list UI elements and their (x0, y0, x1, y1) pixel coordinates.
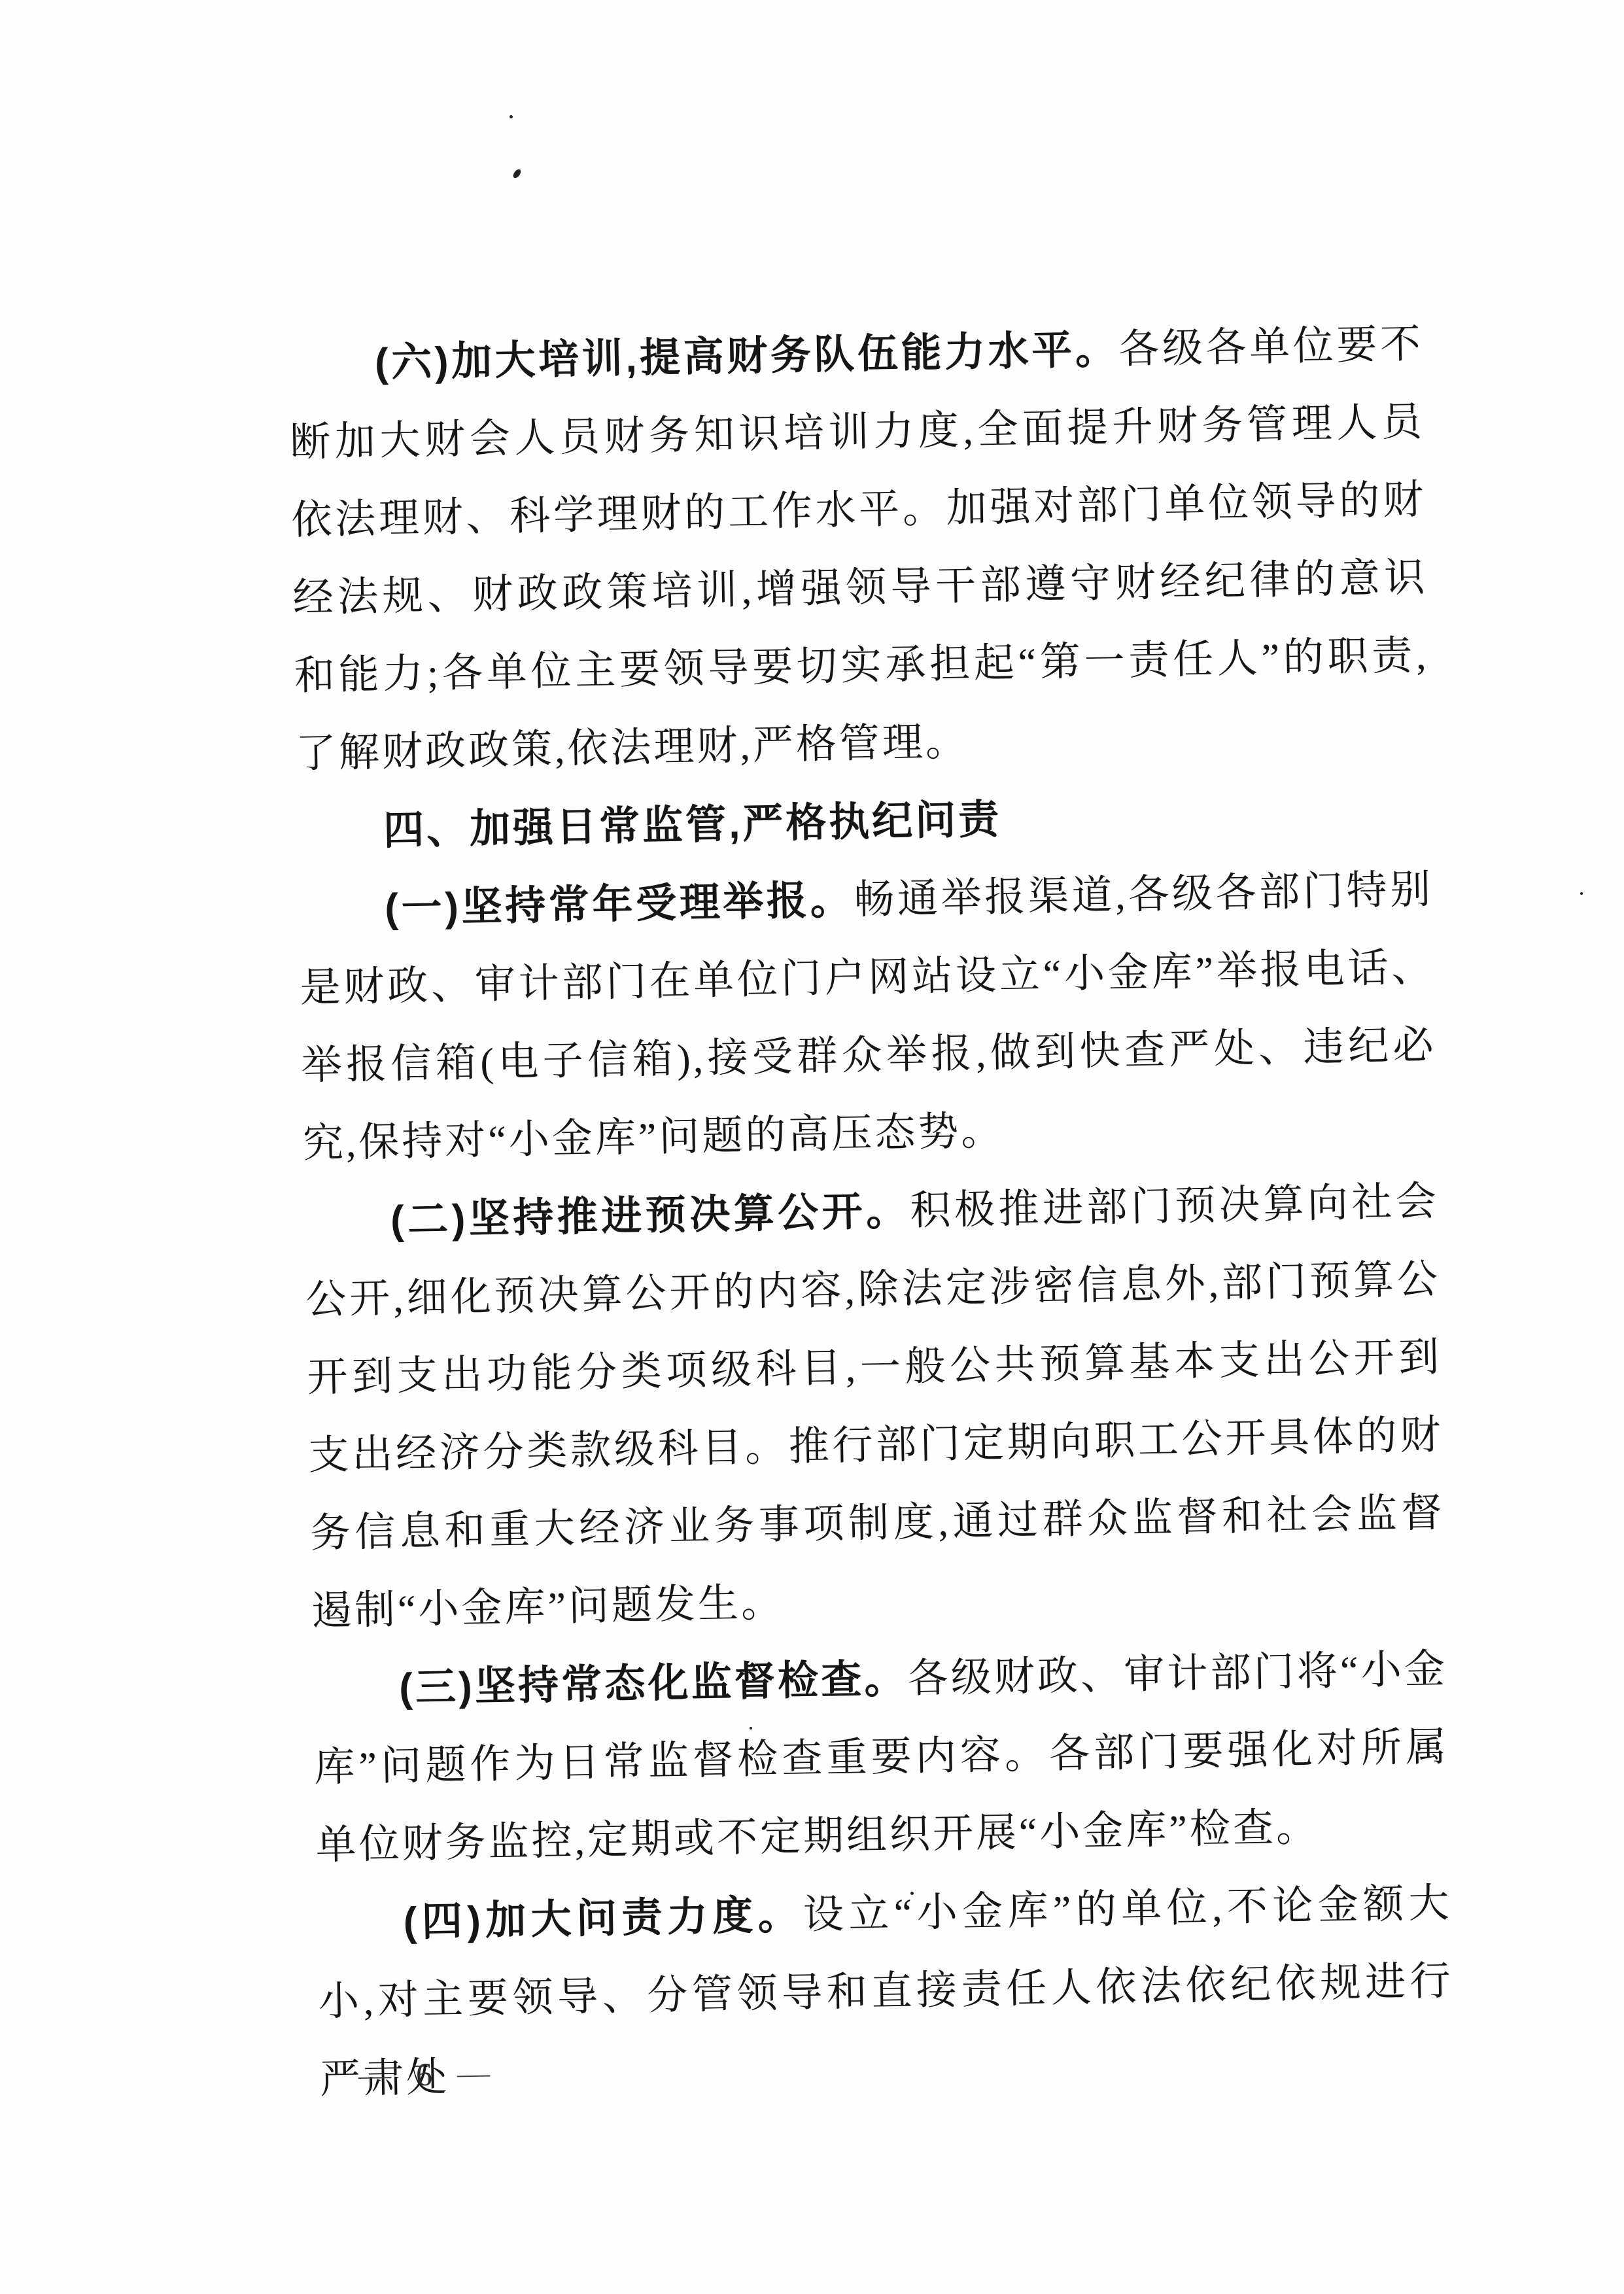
paragraph-lead: (四)加大问责力度。 (403, 1892, 804, 1945)
paragraph-lead: (二)坚持推进预决算公开。 (390, 1189, 910, 1243)
paragraph-supervision-checks: (三)坚持常态化监督检查。各级财政、审计部门将“小金库”问题作为日常监督检查重要… (312, 1630, 1451, 1885)
page-number-value: 6 (415, 2055, 432, 2093)
paragraph-reporting: (一)坚持常年受理举报。畅通举报渠道,各级各部门特别是财政、审计部门在单位门户网… (298, 850, 1438, 1183)
ink-speck (510, 115, 513, 118)
paragraph-lead: (一)坚持常年受理举报。 (385, 877, 854, 931)
paragraph-body: 各级各单位要不断加大财会人员财务知识培训力度,全面提升财务管理人员依法理财、科学… (290, 322, 1429, 776)
ink-mark (512, 168, 522, 179)
page-number-left-dash: — (358, 2060, 392, 2091)
paragraph-lead: (三)坚持常态化监督检查。 (399, 1656, 908, 1711)
text-block: (六)加大培训,提高财务队伍能力水平。各级各单位要不断加大财会人员财务知识培训力… (288, 305, 1455, 2119)
ink-speck (1580, 892, 1583, 895)
paragraph-lead: (六)加大培训,提高财务队伍能力水平。 (374, 327, 1119, 386)
paragraph-budget-disclosure: (二)坚持推进预决算公开。积极推进部门预决算向社会公开,细化预决算公开的内容,除… (303, 1162, 1447, 1651)
page-number-right-dash: — (457, 2058, 491, 2089)
page-number: —6— (358, 2054, 491, 2094)
scanned-document-page: (六)加大培训,提高财务队伍能力水平。各级各单位要不断加大财会人员财务知识培训力… (0, 0, 1624, 2294)
paragraph-body: 积极推进部门预决算向社会公开,细化预决算公开的内容,除法定涉密信息外,部门预算公… (305, 1179, 1445, 1634)
paragraph-training: (六)加大培训,提高财务队伍能力水平。各级各单位要不断加大财会人员财务知识培训力… (288, 305, 1431, 793)
